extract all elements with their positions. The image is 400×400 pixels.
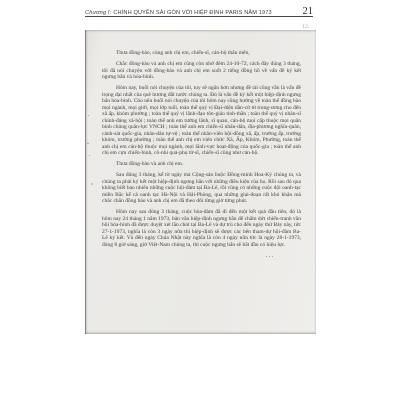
header-rule <box>85 16 313 17</box>
scan-paragraph: Sau đúng 3 tháng, kể từ ngày mà Cộng-sản… <box>102 172 301 205</box>
scan-paragraph: Thưa đồng-bào, cùng anh chị em, chiến-sĩ… <box>102 50 301 57</box>
scan-paragraph: Thưa đồng-bào và anh chị em. <box>102 161 301 168</box>
scan-paragraph: Chắc đồng-bào và anh chị em cũng còn nhớ… <box>102 61 301 81</box>
scanned-text-block: Thưa đồng-bào, cùng anh chị em, chiến-sĩ… <box>102 50 301 264</box>
scan-speck <box>87 143 89 144</box>
scan-speck <box>89 155 90 156</box>
scanned-page: Thưa đồng-bào, cùng anh chị em, chiến-sĩ… <box>85 30 316 334</box>
section-ellipsis: ... <box>102 253 301 260</box>
scan-speck <box>88 115 89 116</box>
pencil-page-mark: 12. <box>302 24 310 31</box>
scan-speck <box>91 183 93 185</box>
scan-paragraph: Hôm nay sau đúng 3 tháng, cuộc hòa-đàm đ… <box>102 209 301 248</box>
scan-paragraph: Hôm nay, buổi nói chuyện của tôi, tuy sẽ… <box>102 85 301 157</box>
